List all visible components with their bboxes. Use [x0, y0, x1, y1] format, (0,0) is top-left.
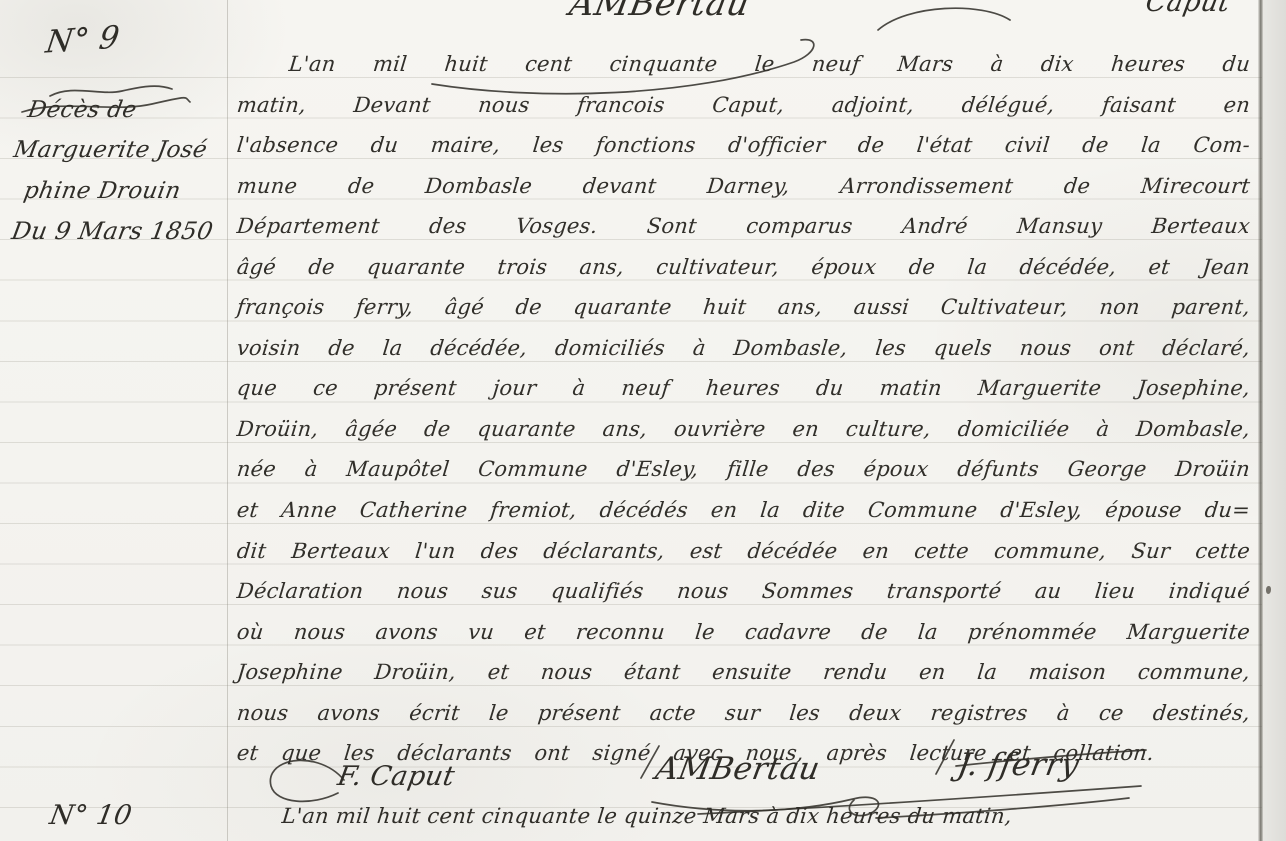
- act-line: matin, Devant nous francois Caput, adjoi…: [235, 85, 1252, 126]
- act-line: françois ferry, âgé de quarante huit ans…: [235, 287, 1252, 328]
- act-line: Josephine Droüin, et nous étant ensuite …: [235, 652, 1252, 693]
- act-line: née à Maupôtel Commune d'Esley, fille de…: [235, 449, 1252, 490]
- next-act-opening-line: L'an mil huit cent cinquante le quinze M…: [281, 804, 1013, 828]
- signature-ferry: J. fferry: [955, 747, 1082, 783]
- act-line: nous avons écrit le présent acte sur les…: [235, 693, 1252, 734]
- act-line: voisin de la décédée, domiciliés à Domba…: [235, 328, 1252, 369]
- act-line: et Anne Catherine fremiot, décédés en la…: [235, 490, 1252, 531]
- margin-act-number: N° 9: [44, 19, 122, 61]
- page-edge-line: [1258, 0, 1263, 841]
- top-right-swash: [878, 8, 1010, 30]
- act-line: que ce présent jour à neuf heures du mat…: [235, 368, 1252, 409]
- act-line: dit Berteaux l'un des déclarants, est dé…: [235, 531, 1252, 572]
- register-page: AMBertau Caput N° 9 Décès de Marguerite …: [0, 0, 1286, 841]
- margin-note-line: phine Drouin: [22, 178, 183, 204]
- margin-note-line: Du 9 Mars 1850: [10, 217, 216, 245]
- act-line: âgé de quarante trois ans, cultivateur, …: [235, 247, 1252, 288]
- act-text-block: L'an mil huit cent cinquante le neuf Mar…: [237, 44, 1250, 774]
- act-line: mune de Dombasle devant Darney, Arrondis…: [235, 166, 1252, 207]
- signature-caput: F. Caput: [335, 761, 457, 792]
- top-partial-signature-caput: Caput: [1143, 0, 1232, 18]
- margin-next-act-number: N° 10: [47, 800, 134, 831]
- act-line: où nous avons vu et reconnu le cadavre d…: [235, 612, 1252, 653]
- act-line: L'an mil huit cent cinquante le neuf Mar…: [235, 44, 1252, 85]
- page-edge-strip: [1263, 0, 1286, 841]
- top-partial-signature-bertau: AMBertau: [566, 0, 752, 24]
- margin-squiggle-upper: [50, 86, 172, 96]
- act-line: Département des Vosges. Sont comparus An…: [235, 206, 1252, 247]
- margin-rule-line: [227, 0, 228, 841]
- margin-note-line: Marguerite José: [12, 137, 209, 163]
- act-line: Droüin, âgée de quarante ans, ouvrière e…: [235, 409, 1252, 450]
- signature-bertau: AMBertau: [653, 751, 823, 787]
- act-line: l'absence du maire, les fonctions d'offi…: [235, 125, 1252, 166]
- act-line: Déclaration nous sus qualifiés nous Somm…: [235, 571, 1252, 612]
- margin-note-line: Décès de: [26, 97, 139, 123]
